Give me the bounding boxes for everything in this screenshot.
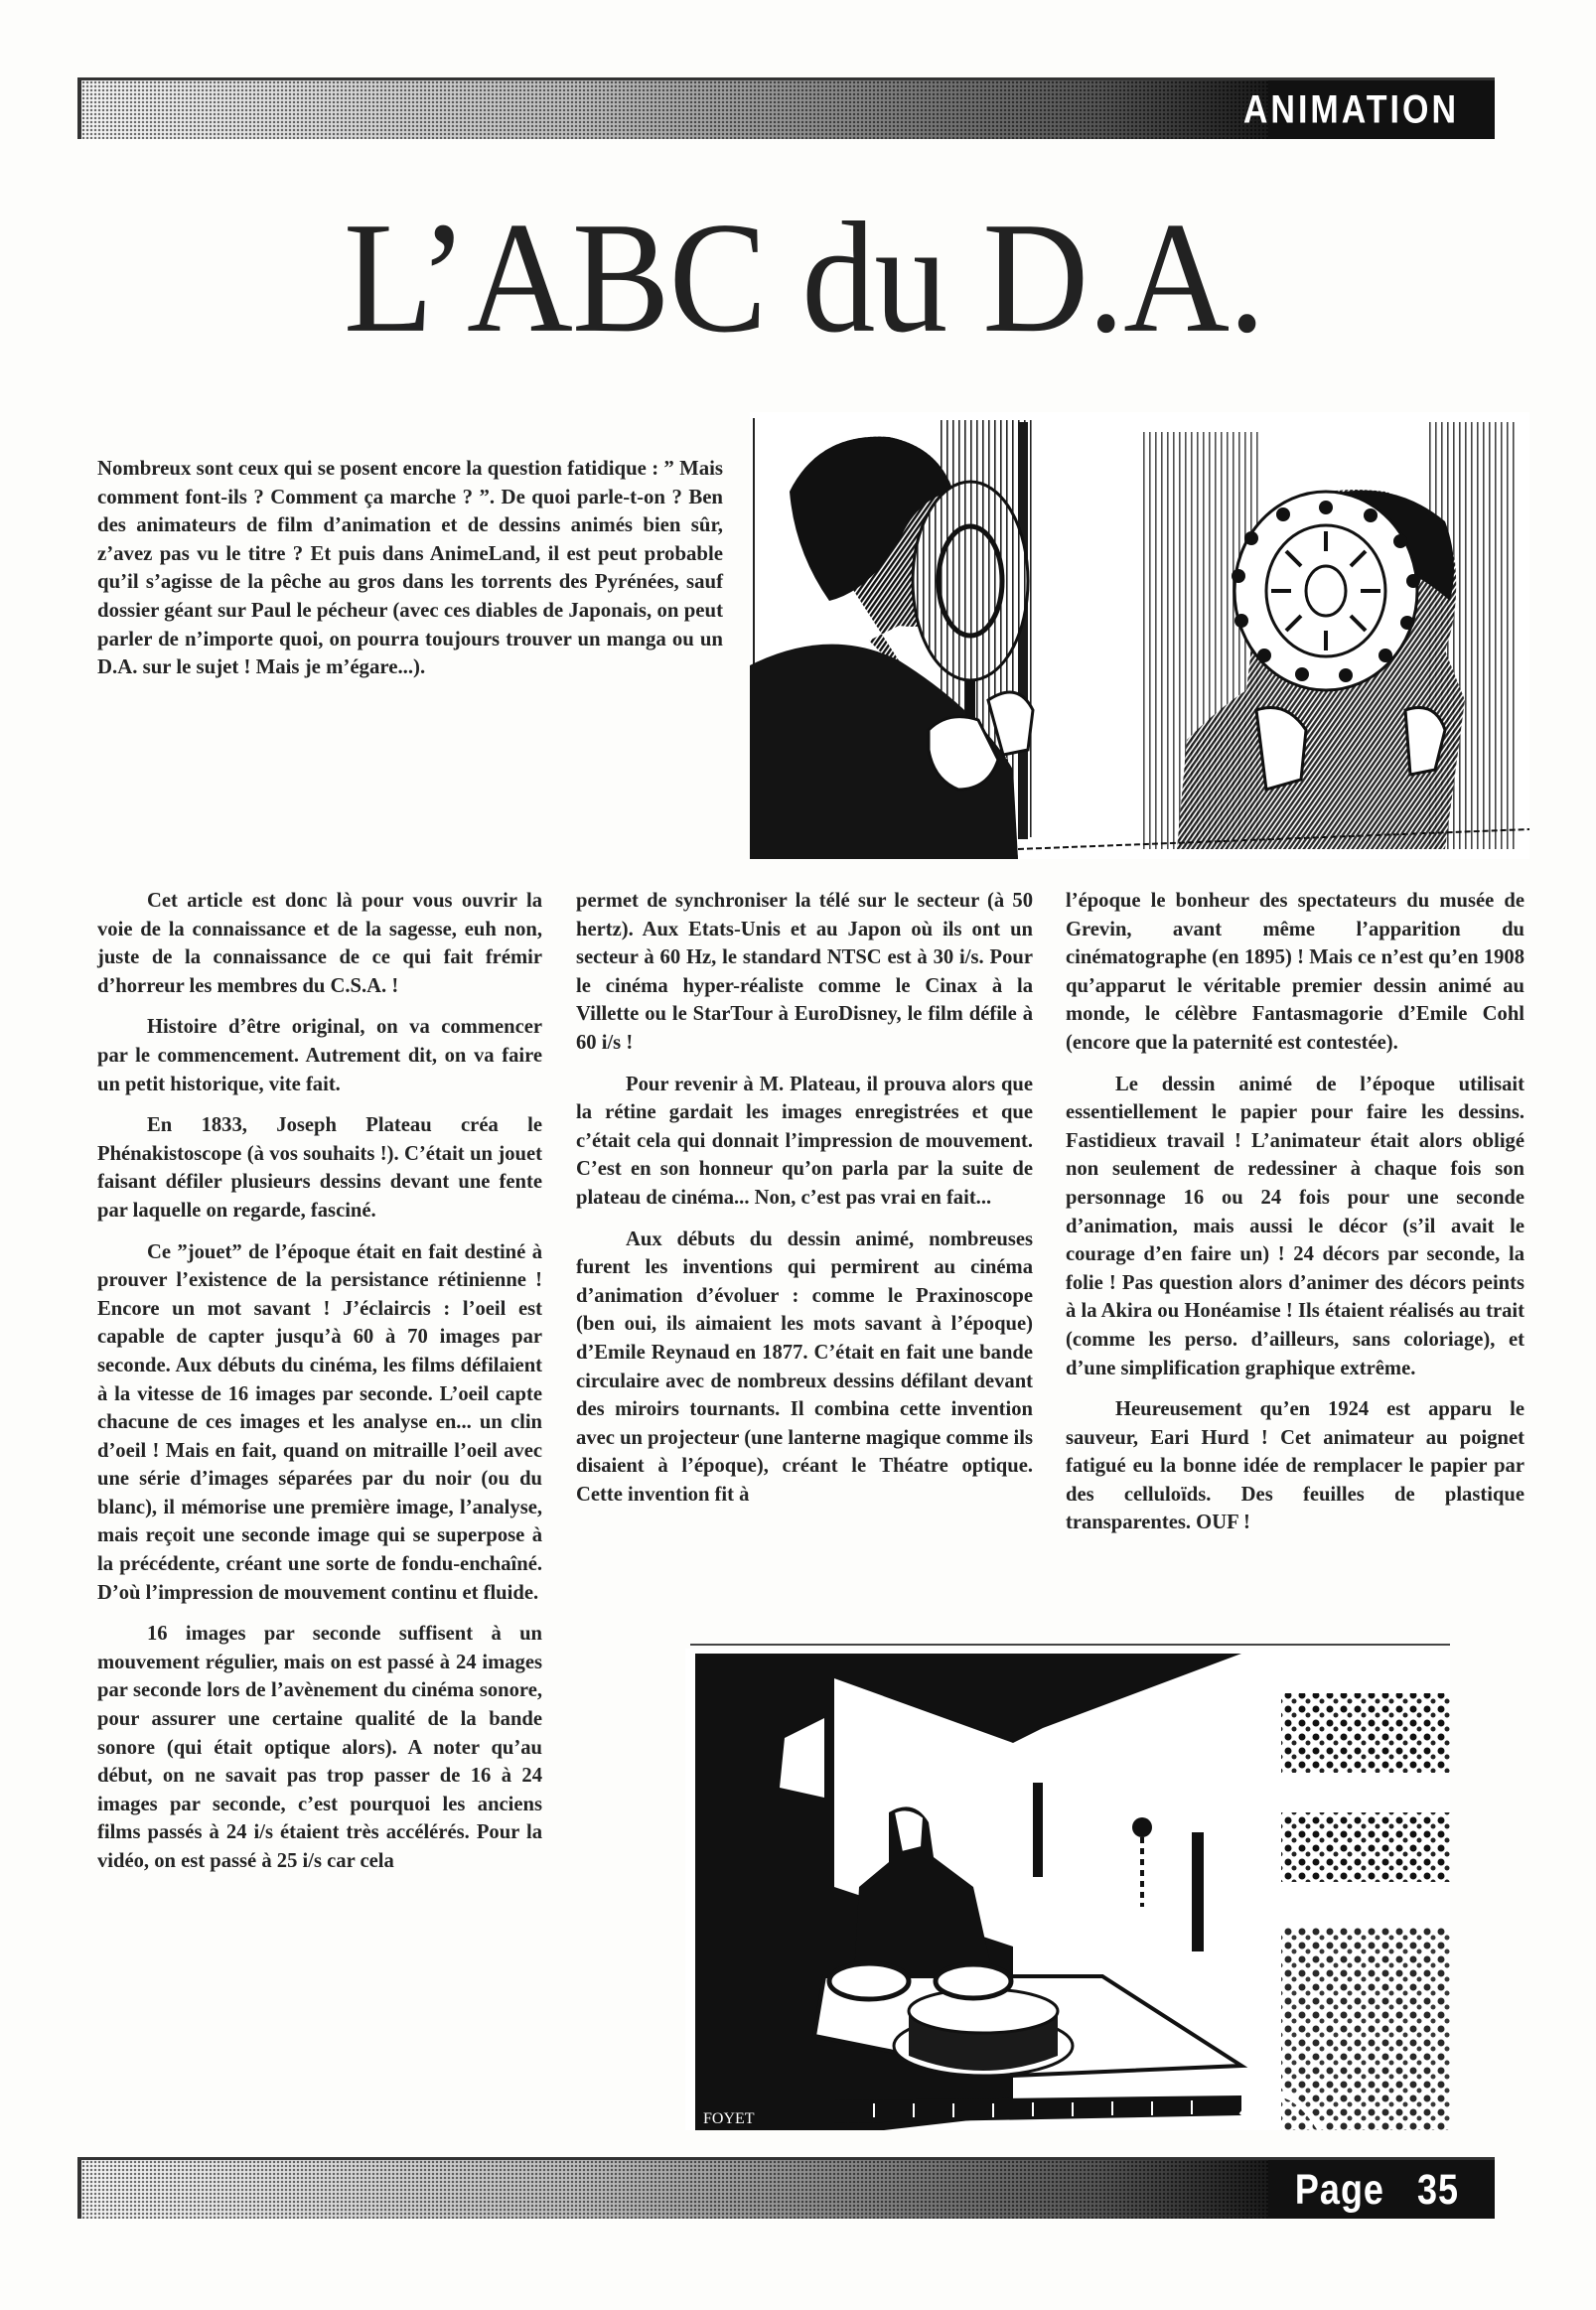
paragraph: 16 images par seconde suffisent à un mou… (97, 1620, 542, 1875)
page-footer-bar: Page 35 (77, 2157, 1495, 2219)
paragraph: En 1833, Joseph Plateau créa le Phénakis… (97, 1111, 542, 1225)
illustration-signature: FOYET (703, 2110, 755, 2127)
article-title: L’ABC du D.A. (0, 193, 1596, 364)
paragraph-continued: permet de synchroniser la télé sur le se… (576, 887, 1033, 1058)
paragraph: Heureusement qu’en 1924 est apparu le sa… (1066, 1395, 1524, 1537)
theatre-optique-engraving-icon: FOYET (685, 1649, 1450, 2130)
paragraph: Pour revenir à M. Plateau, il prouva alo… (576, 1071, 1033, 1213)
paragraph: Histoire d’être original, on va commence… (97, 1013, 542, 1098)
article-intro: Nombreux sont ceux qui se posent encore … (97, 455, 723, 682)
paragraph: Ce ”jouet” de l’époque était en fait des… (97, 1238, 542, 1608)
paragraph: Le dessin animé de l’époque utilisait es… (1066, 1071, 1524, 1383)
illustration-top-rule (690, 1644, 1450, 1646)
article-column-2: permet de synchroniser la télé sur le se… (576, 887, 1033, 1521)
article-column-1: Cet article est donc là pour vous ouvrir… (97, 887, 542, 1889)
section-label: ANIMATION (1243, 86, 1459, 132)
article-column-3: l’époque le bonheur des spectateurs du m… (1066, 887, 1524, 1550)
theatre-optique-illustration: FOYET (685, 1649, 1450, 2130)
paragraph-continued: l’époque le bonheur des spectateurs du m… (1066, 887, 1524, 1058)
page-number: Page 35 (1295, 2165, 1459, 2215)
phenakistoscope-engraving-icon (750, 412, 1529, 859)
paragraph: Cet article est donc là pour vous ouvrir… (97, 887, 542, 1000)
phenakistoscope-illustration (750, 412, 1529, 859)
section-header-bar: ANIMATION (77, 77, 1495, 139)
paragraph: Aux débuts du dessin animé, nombreuses f… (576, 1226, 1033, 1510)
